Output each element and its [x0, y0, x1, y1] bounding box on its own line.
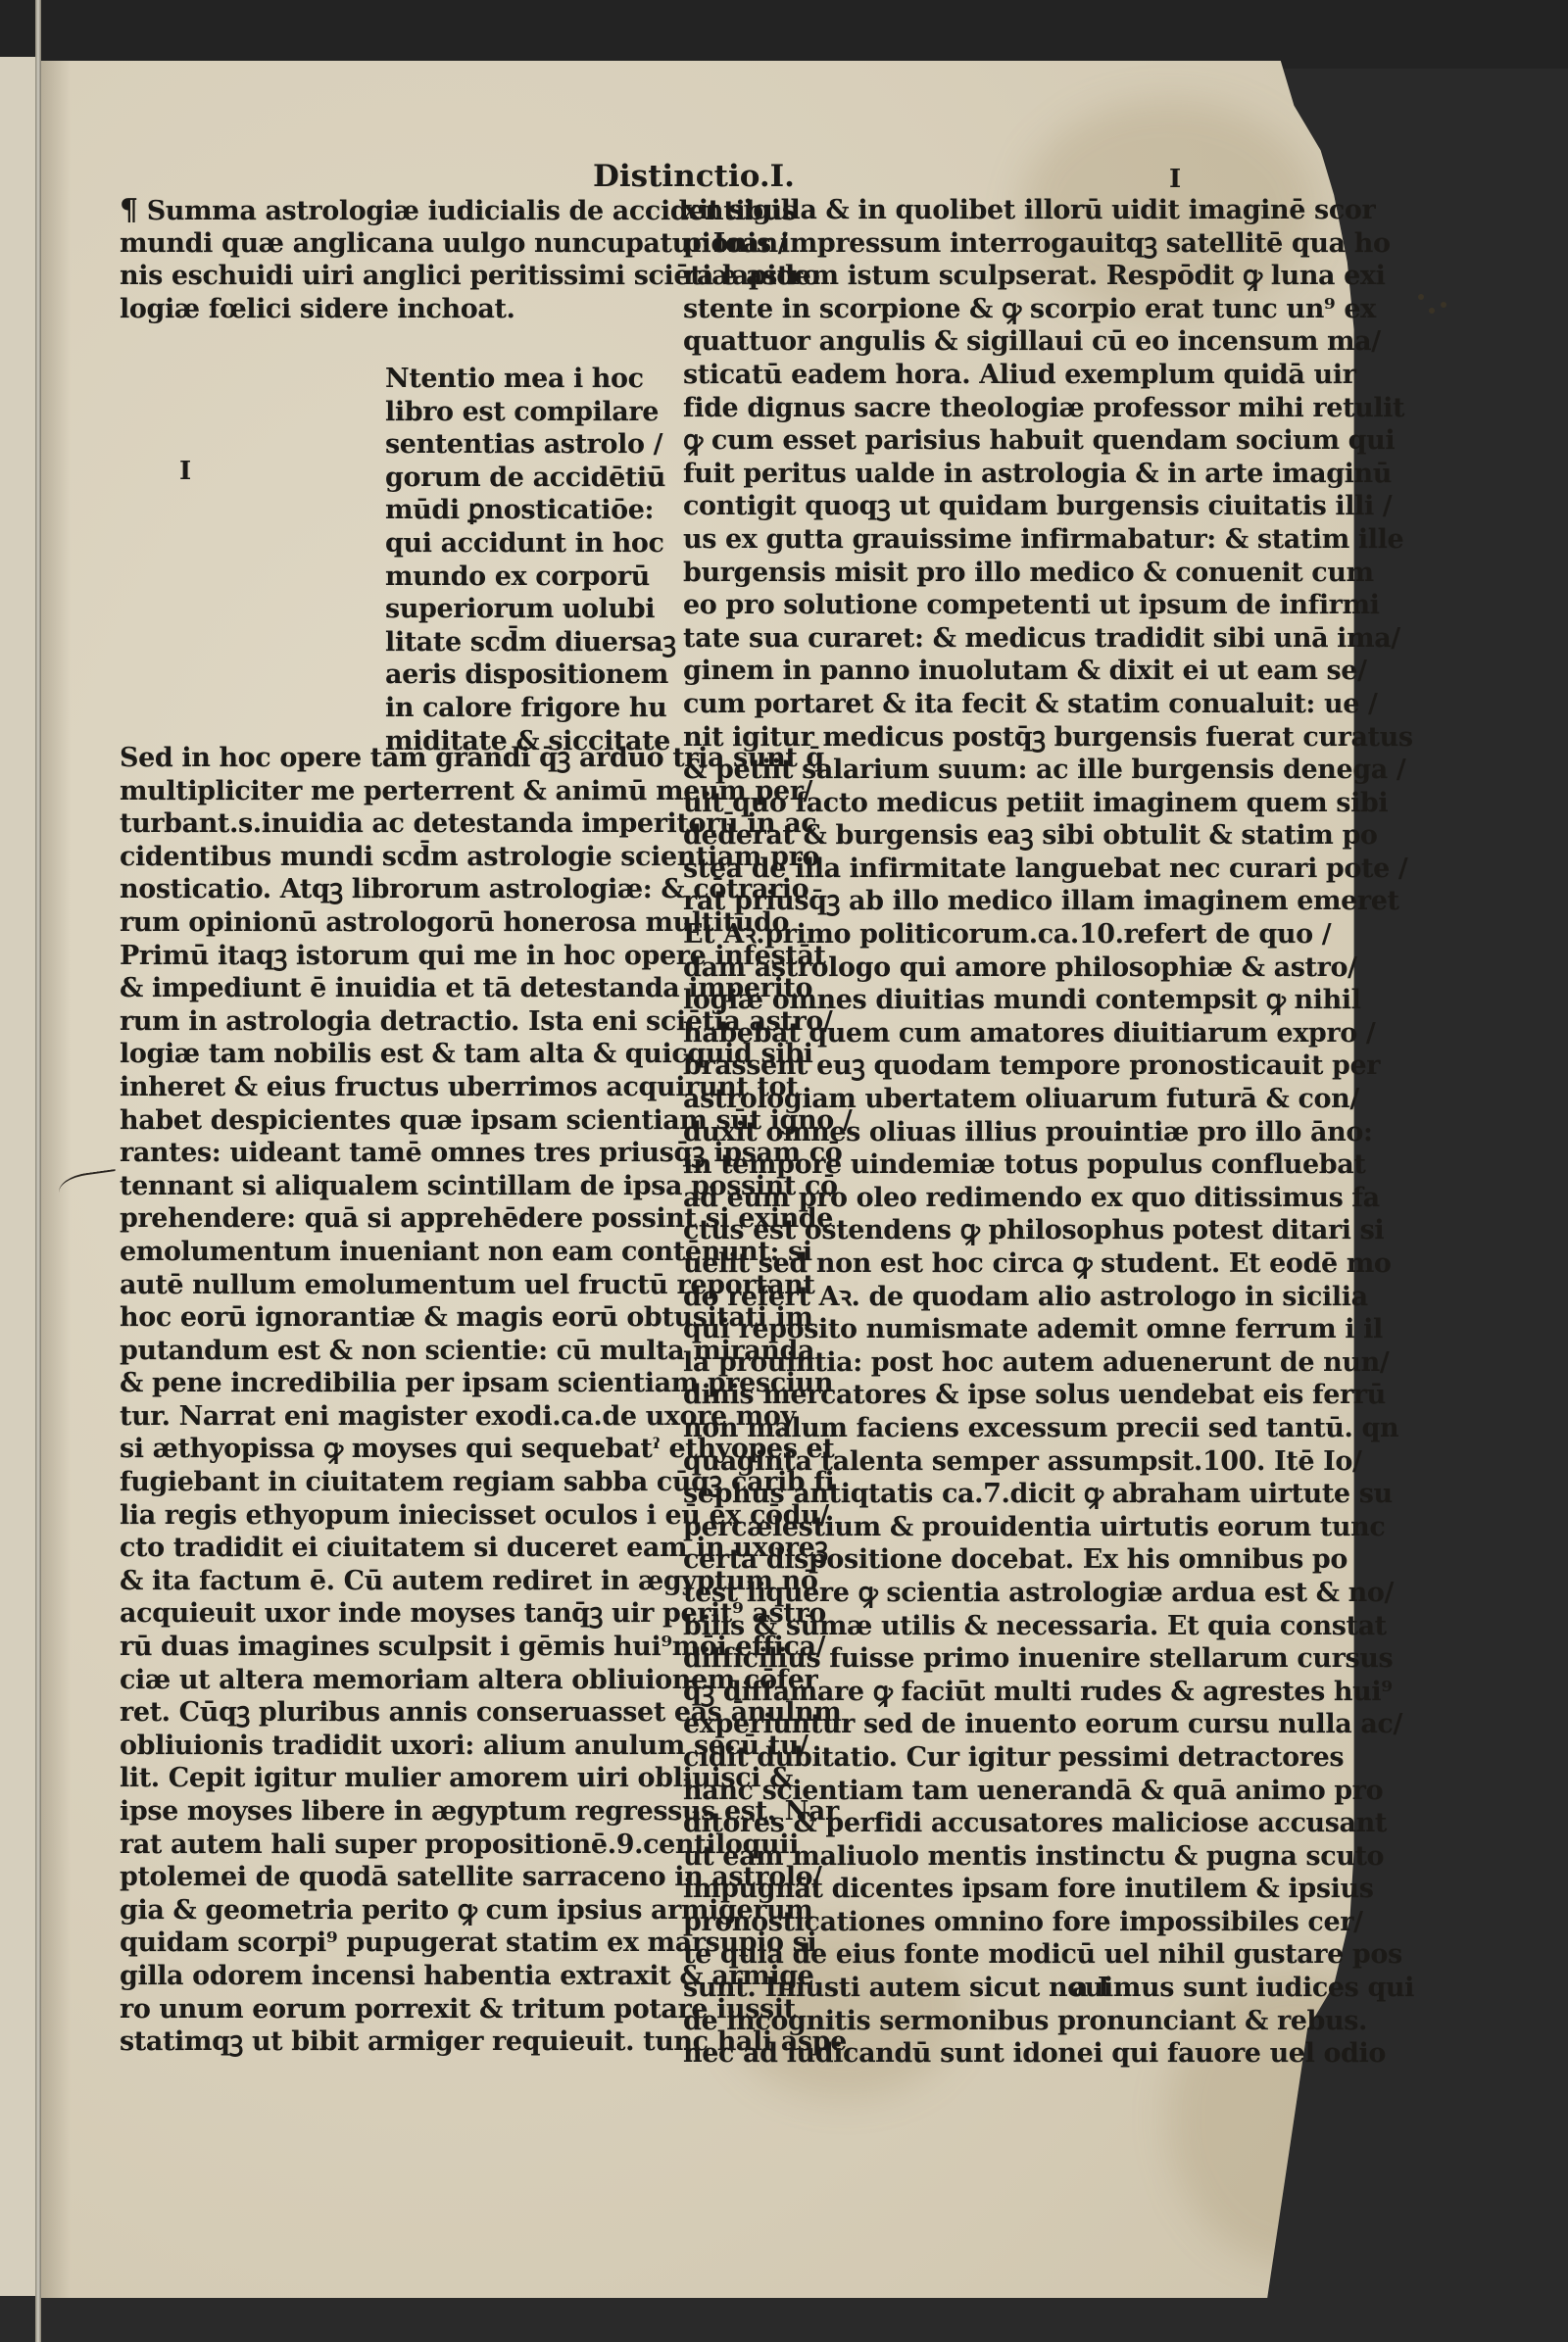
text-line: Ntentio mea i hoc — [385, 363, 676, 396]
text-line: quaginta talenta semper assumpsit.100. I… — [683, 1445, 1414, 1479]
text-line: gorum de accidētiū — [385, 462, 676, 495]
text-line: q̄ꝫ diffamare ꝙ faciūt multi rudes & agr… — [683, 1676, 1414, 1709]
text-line: qui accidunt in hoc — [385, 527, 676, 561]
paragraph-mark-icon: ¶ — [120, 193, 138, 227]
text-line: tate sua curaret: & medicus tradidit sib… — [683, 622, 1414, 656]
initial-guide-letter: I — [179, 457, 191, 486]
text-line: mūdi ꝑnosticatiōe: — [385, 494, 676, 527]
text-line: sunt. Iniusti autem sicut nouimus sunt i… — [683, 1972, 1414, 2005]
text-line: sententias astrolo / — [385, 428, 676, 462]
text-line: hanc scientiam tam uenerandā & quā animo… — [683, 1775, 1414, 1808]
text-line: habebat quem cum amatores diuitiarum exp… — [683, 1017, 1414, 1050]
right-column-body: xit sigilla & in quolibet illorū uidit i… — [683, 194, 1414, 2071]
text-line: xit sigilla & in quolibet illorū uidit i… — [683, 194, 1414, 227]
text-line: eo pro solutione competenti ut ipsum de … — [683, 589, 1414, 622]
text-line: experiuntur sed de inuento eorum cursu n… — [683, 1708, 1414, 1741]
text-line: rat priusq̄ꝫ ab illo medico illam imagin… — [683, 885, 1414, 918]
text-line: uelit sed non est hoc circa ꝙ student. E… — [683, 1247, 1414, 1281]
text-line: in tempore uindemiæ totus populus conflu… — [683, 1148, 1414, 1182]
facing-page-edge — [0, 57, 35, 2296]
text-line: us ex gutta grauissime infirmabatur: & s… — [683, 523, 1414, 557]
text-line: nit igitur medicus postq̄ꝫ burgensis fue… — [683, 721, 1414, 755]
text-line: la prouintia: post hoc autem aduenerunt … — [683, 1346, 1414, 1380]
text-line: qui reposito numismate ademit omne ferru… — [683, 1313, 1414, 1346]
text-line: & petiit salarium suum: ac ille burgensi… — [683, 754, 1414, 787]
folio-number: I — [1169, 165, 1181, 194]
text-line: ra lapidem istum sculpserat. Respōdit ꝙ … — [683, 260, 1414, 293]
text-line: test liquere ꝙ scientia astrologiæ ardua… — [683, 1577, 1414, 1610]
text-line: litate scd̄m diuersaꝫ — [385, 626, 676, 659]
indented-opening: Ntentio mea i hoc libro est compilare se… — [385, 363, 676, 757]
text-line: fide dignus sacre theologiæ professor mi… — [683, 392, 1414, 425]
text-line: certa dispositione docebat. Ex his omnib… — [683, 1543, 1414, 1577]
text-line: ꝙ cum esset parisius habuit quendam soci… — [683, 424, 1414, 458]
text-line: dederat & burgensis eaꝫ sibi obtulit & s… — [683, 819, 1414, 853]
text-line: mundo ex corporū — [385, 561, 676, 594]
text-line: cum portaret & ita fecit & statim conual… — [683, 688, 1414, 721]
text-line: impugnāt dicentes ipsam fore inutilem & … — [683, 1873, 1414, 1906]
text-line: astrologiam ubertatem oliuarum futurā & … — [683, 1083, 1414, 1116]
dark-background-top — [0, 0, 1568, 69]
running-head: Distinctio.I. — [593, 159, 795, 194]
text-line: te quia de eius fonte modicū uel nihil g… — [683, 1938, 1414, 1972]
text-line: duxit omnes oliuas illius prouintiæ pro … — [683, 1116, 1414, 1149]
text-line: nec ad iudicandū sunt idonei qui fauore … — [683, 2037, 1414, 2071]
text-line: ut eam maliuolo mentis instinctu & pugna… — [683, 1840, 1414, 1874]
signature-mark: a I — [1071, 1973, 1110, 2003]
text-line: quattuor angulis & sigillaui cū eo incen… — [683, 325, 1414, 359]
text-line: difficilius fuisse primo inuenire stella… — [683, 1642, 1414, 1676]
text-line: ginem in panno inuolutam & dixit ei ut e… — [683, 655, 1414, 688]
text-line: cidit dubitatio. Cur igitur pessimi detr… — [683, 1741, 1414, 1775]
text-line: pionis impressum interrogauitqꝫ satellit… — [683, 227, 1414, 261]
ink-spot — [1441, 302, 1446, 308]
text-line: uit quo facto medicus petiit imaginem qu… — [683, 787, 1414, 820]
text-line: sephus antiqtatis ca.7.dicit ꝙ abraham u… — [683, 1478, 1414, 1511]
text-line: de incognitis sermonibus pronunciant & r… — [683, 2005, 1414, 2038]
text-line: sticatū eadem hora. Aliud exemplum quidā… — [683, 359, 1414, 392]
text-line: pronosticationes omnino fore impossibile… — [683, 1906, 1414, 1939]
text-line: logiæ omnes diuitias mundi contempsit ꝙ … — [683, 984, 1414, 1017]
text-line: dam astrologo qui amore philosophiæ & as… — [683, 951, 1414, 985]
text-line: ditores & perfidi accusatores maliciose … — [683, 1807, 1414, 1840]
text-line: ad eum pro oleo redimendo ex quo ditissi… — [683, 1182, 1414, 1215]
text-line: stea de illa infirmitate languebat nec c… — [683, 853, 1414, 886]
text-line: brassent euꝫ quodam tempore pronosticaui… — [683, 1049, 1414, 1083]
text-line: contigit quoqꝫ ut quidam burgensis ciuit… — [683, 490, 1414, 523]
text-line: bilis & sūmæ utilis & necessaria. Et qui… — [683, 1610, 1414, 1643]
text-line: stente in scorpione & ꝙ scorpio erat tun… — [683, 293, 1414, 326]
text-line: libro est compilare — [385, 396, 676, 429]
text-line: Et Aꝛ.primo politicorum.ca.10.refert de … — [683, 918, 1414, 951]
text-line: superiorum uolubi — [385, 593, 676, 626]
ink-spot — [1418, 294, 1424, 300]
text-line: do refert Aꝛ. de quodam alio astrologo i… — [683, 1281, 1414, 1314]
text-line: aeris dispositionem — [385, 659, 676, 692]
text-line: dinis mercatores & ipse solus uendebat e… — [683, 1379, 1414, 1412]
ink-spot — [1429, 308, 1435, 314]
text-line: in calore frigore hu — [385, 692, 676, 725]
text-line: non malum faciens excessum precii sed ta… — [683, 1412, 1414, 1445]
text-line: burgensis misit pro illo medico & conuen… — [683, 557, 1414, 590]
text-line: ctus est ostendens ꝙ philosophus potest … — [683, 1214, 1414, 1247]
text-line: percælestium & prouidentia uirtutis eoru… — [683, 1511, 1414, 1544]
text-line: fuit peritus ualde in astrologia & in ar… — [683, 458, 1414, 491]
